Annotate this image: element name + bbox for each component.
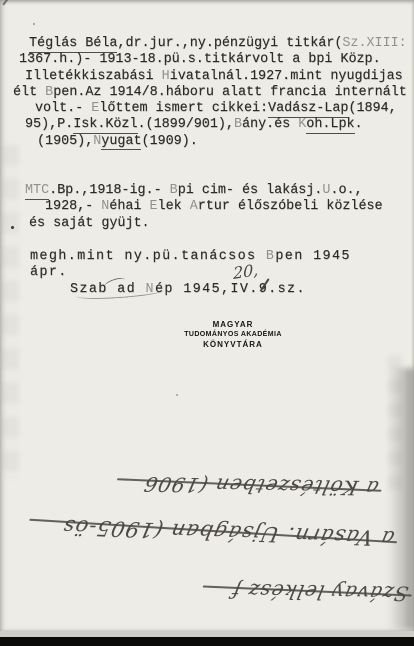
page-edge-shadow (388, 368, 414, 630)
text-segment: B (266, 249, 275, 264)
typed-line: megh.mint ny.pü.tanácsos Bpen 1945 (0, 249, 414, 265)
ink-speck (176, 394, 178, 396)
typed-text: Téglás Béla,dr.jur.,ny.pénzügyi titkár(S… (0, 36, 414, 298)
typed-line: 1928,- Néhai Elek Artur élőszóbeli közlé… (0, 199, 414, 215)
typed-line: volt.- Előttem ismert cikkei:Vadász-Lap(… (0, 101, 414, 117)
text-segment: Vadász-Lap (268, 101, 348, 118)
text-segment: rtur élőszóbeli közlése (198, 199, 383, 214)
handwritten-note: a Költészetben (1906 (117, 472, 380, 500)
typed-line: 1367.h.)- 1913-18.pü.s.titkárvolt a bpi … (0, 52, 414, 68)
text-segment: ápr. (30, 265, 68, 280)
text-segment: Illetékkiszabási (25, 69, 162, 84)
text-segment: .Bp.,1918-ig.- (49, 183, 170, 198)
text-segment: (1905), (37, 134, 93, 149)
handwritten-date-correction: 20, (233, 260, 258, 283)
text-segment: A (190, 199, 198, 214)
text-segment: .(1899/901), (138, 117, 234, 132)
text-segment: Téglás Béla (29, 36, 117, 53)
text-segment: H (162, 69, 170, 84)
text-segment: E (149, 199, 157, 214)
text-segment: (1894, (348, 101, 396, 116)
text-segment: lek (158, 199, 190, 214)
typed-line: (1905),Nyugat(1909). (0, 134, 414, 150)
typed-block: Téglás Béla,dr.jur.,ny.pénzügyi titkár(S… (0, 36, 414, 150)
handwritten-note: Szávay lelkész f (204, 578, 411, 605)
typed-line: ápr. (0, 265, 414, 281)
text-segment: ,dr.jur.,ny.pénzügyi titkár( (117, 36, 342, 51)
text-segment: pen.Az 1914/8.háboru alatt francia inter… (53, 85, 407, 100)
text-segment: Sz.XIII: (342, 36, 406, 51)
stamp-line-3: KÖNYVTÁRA (163, 340, 303, 350)
typed-line: MTC.Bp.,1918-ig.- Bpi cim- és lakásj.U.o… (0, 183, 414, 199)
text-segment: és saját gyüjt. (29, 216, 150, 231)
text-segment: ány.és (242, 117, 298, 132)
typed-block: megh.mint ny.pü.tanácsos Bpen 1945ápr.Sz… (0, 249, 414, 298)
text-segment: 95),P. (25, 117, 73, 132)
typed-line: Illetékkiszabási Hivatalnál.1927.mint ny… (0, 69, 414, 85)
text-segment: lőttem ismert cikkei: (99, 101, 268, 116)
stamp-line-2: TUDOMÁNYOS AKADÉMIA (163, 330, 303, 340)
text-segment: 9 (259, 282, 268, 297)
stamp-line-1: MAGYAR (163, 320, 303, 330)
text-segment: .o., (330, 183, 362, 198)
handwritten-note-text: a Költészetben (1906 (141, 472, 381, 500)
text-segment: Isk.Közl (73, 117, 137, 134)
text-segment: B (45, 85, 53, 100)
text-segment: (1909). (141, 134, 197, 149)
text-segment: B (234, 117, 242, 132)
text-segment: .sz. (268, 282, 306, 297)
text-segment: ivatalnál.1927.mint nyugdijas (170, 69, 403, 84)
ink-speck (33, 23, 35, 25)
text-segment: 1928,- (45, 199, 101, 214)
typed-line: Szab ad Nép 1945,IV.9.sz. (0, 282, 414, 298)
text-segment: megh.mint ny.pü.tanácsos (30, 249, 266, 264)
text-segment: ép 1945,IV. (155, 282, 259, 297)
text-segment: 1367.h.)- 1913-18.pü.s.titkárvolt a bpi … (19, 52, 381, 67)
library-stamp: MAGYAR TUDOMÁNYOS AKADÉMIA KÖNYVTÁRA (163, 320, 303, 350)
typed-line: és saját gyüjt. (0, 216, 414, 232)
text-segment: éhai (109, 199, 149, 214)
text-segment: oh.Lpk (306, 117, 354, 134)
text-segment: . (355, 117, 363, 132)
text-segment: volt.- (35, 101, 91, 116)
scan-edge (0, 637, 414, 646)
text-segment: pen 1945 (275, 249, 351, 264)
text-segment: élt (13, 85, 45, 100)
scanned-page: Téglás Béla,dr.jur.,ny.pénzügyi titkár(S… (0, 0, 414, 646)
handwritten-note-text: Szávay lelkész f (229, 579, 410, 606)
text-segment: yugat (101, 134, 141, 151)
typed-line: Téglás Béla,dr.jur.,ny.pénzügyi titkár(S… (0, 36, 414, 52)
typed-line: élt Bpen.Az 1914/8.háboru alatt francia … (0, 85, 414, 101)
typed-line: 95),P.Isk.Közl.(1899/901),Bány.és Koh.Lp… (0, 117, 414, 133)
text-segment: B (170, 183, 178, 198)
text-segment: pi cim- és lakásj. (178, 183, 323, 198)
typed-block: MTC.Bp.,1918-ig.- Bpi cim- és lakásj.U.o… (0, 183, 414, 232)
text-segment: MTC (25, 183, 49, 200)
